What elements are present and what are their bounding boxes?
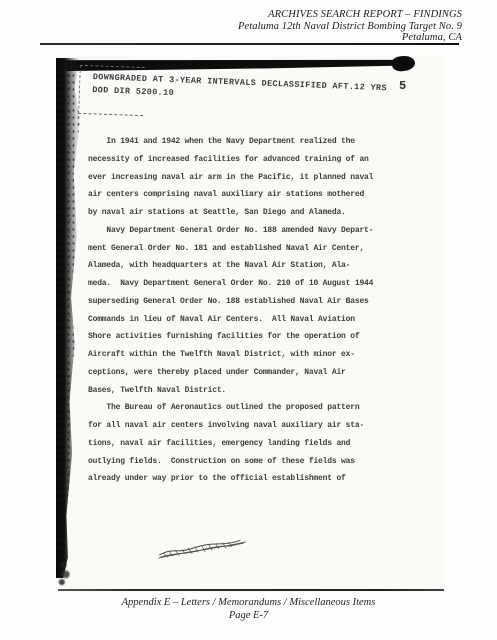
typed-line: ever increasing naval air arm in the Pac… bbox=[88, 169, 388, 187]
typed-text: In 1941 and 1942 when the Navy Departmen… bbox=[88, 133, 388, 488]
typed-line: Bases, Twelfth Naval District. bbox=[88, 382, 388, 400]
typed-line: meda. Navy Department General Order No. … bbox=[88, 275, 388, 293]
typed-line: for all naval air centers involving nava… bbox=[88, 417, 388, 435]
typed-line: In 1941 and 1942 when the Navy Departmen… bbox=[88, 133, 388, 151]
typed-line: Commands in lieu of Naval Air Centers. A… bbox=[88, 311, 388, 329]
typed-line: Aircraft within the Twelfth Naval Distri… bbox=[88, 346, 388, 364]
report-subtitle: Petaluma 12th Naval District Bombing Tar… bbox=[238, 21, 462, 33]
typed-line: Shore activities furnishing facilities f… bbox=[88, 328, 388, 346]
appendix-footer: Appendix E – Letters / Memorandums / Mis… bbox=[0, 596, 497, 622]
scanned-document-page: ARCHIVES SEARCH REPORT – FINDINGS Petalu… bbox=[0, 0, 497, 640]
typed-line: Navy Department General Order No. 188 am… bbox=[88, 222, 388, 240]
report-title: ARCHIVES SEARCH REPORT – FINDINGS bbox=[238, 9, 462, 21]
scan-artifact-bottom-smudge bbox=[57, 560, 73, 586]
typed-line: air centers comprising naval auxiliary a… bbox=[88, 186, 388, 204]
typed-line: superseding General Order No. 188 establ… bbox=[88, 293, 388, 311]
header-divider bbox=[40, 43, 459, 45]
footer-appendix-label: Appendix E – Letters / Memorandums / Mis… bbox=[0, 596, 497, 609]
typed-line: tions, naval air facilities, emergency l… bbox=[88, 435, 388, 453]
footer-divider bbox=[58, 589, 444, 591]
typed-line: ceptions, were thereby placed under Comm… bbox=[88, 364, 388, 382]
typed-line: Alameda, with headquarters at the Naval … bbox=[88, 257, 388, 275]
typed-line: The Bureau of Aeronautics outlined the p… bbox=[88, 399, 388, 417]
page-number-stamp: 5 bbox=[399, 79, 406, 93]
typed-line: outlying fields. Construction on some of… bbox=[88, 453, 388, 471]
typed-line: necessity of increased facilities for ad… bbox=[88, 151, 388, 169]
typed-line: ment General Order No. 181 and establish… bbox=[88, 240, 388, 258]
footer-page-label: Page E-7 bbox=[0, 609, 497, 622]
typed-line: by naval air stations at Seattle, San Di… bbox=[88, 204, 388, 222]
report-header: ARCHIVES SEARCH REPORT – FINDINGS Petalu… bbox=[238, 9, 462, 44]
typed-line: already under way prior to the official … bbox=[88, 470, 388, 488]
